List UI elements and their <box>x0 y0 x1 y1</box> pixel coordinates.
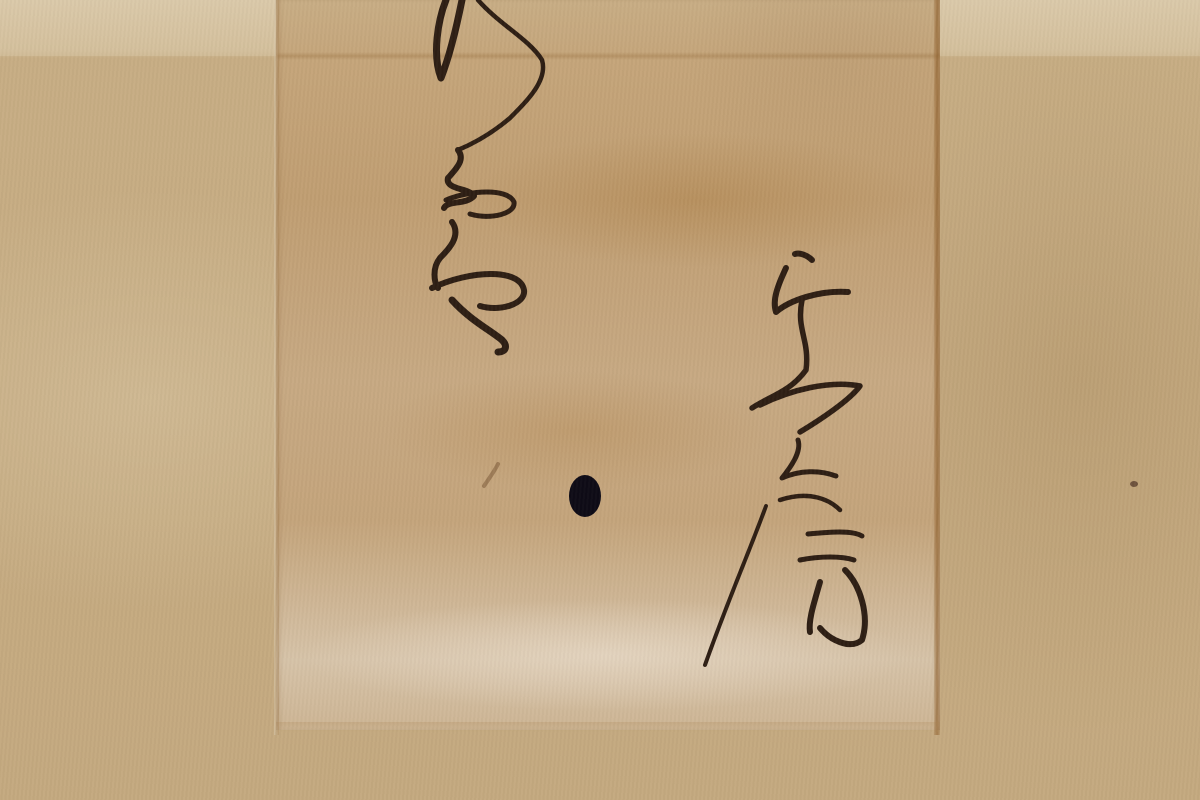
mount-speck <box>1130 481 1138 487</box>
faint-ink-mark <box>484 464 498 486</box>
ink-dot <box>569 475 601 517</box>
calligraphy-column-left <box>432 0 543 352</box>
scroll-photo <box>0 0 1200 800</box>
calligraphy-column-right <box>705 253 865 665</box>
calligraphy-ink <box>0 0 1200 800</box>
